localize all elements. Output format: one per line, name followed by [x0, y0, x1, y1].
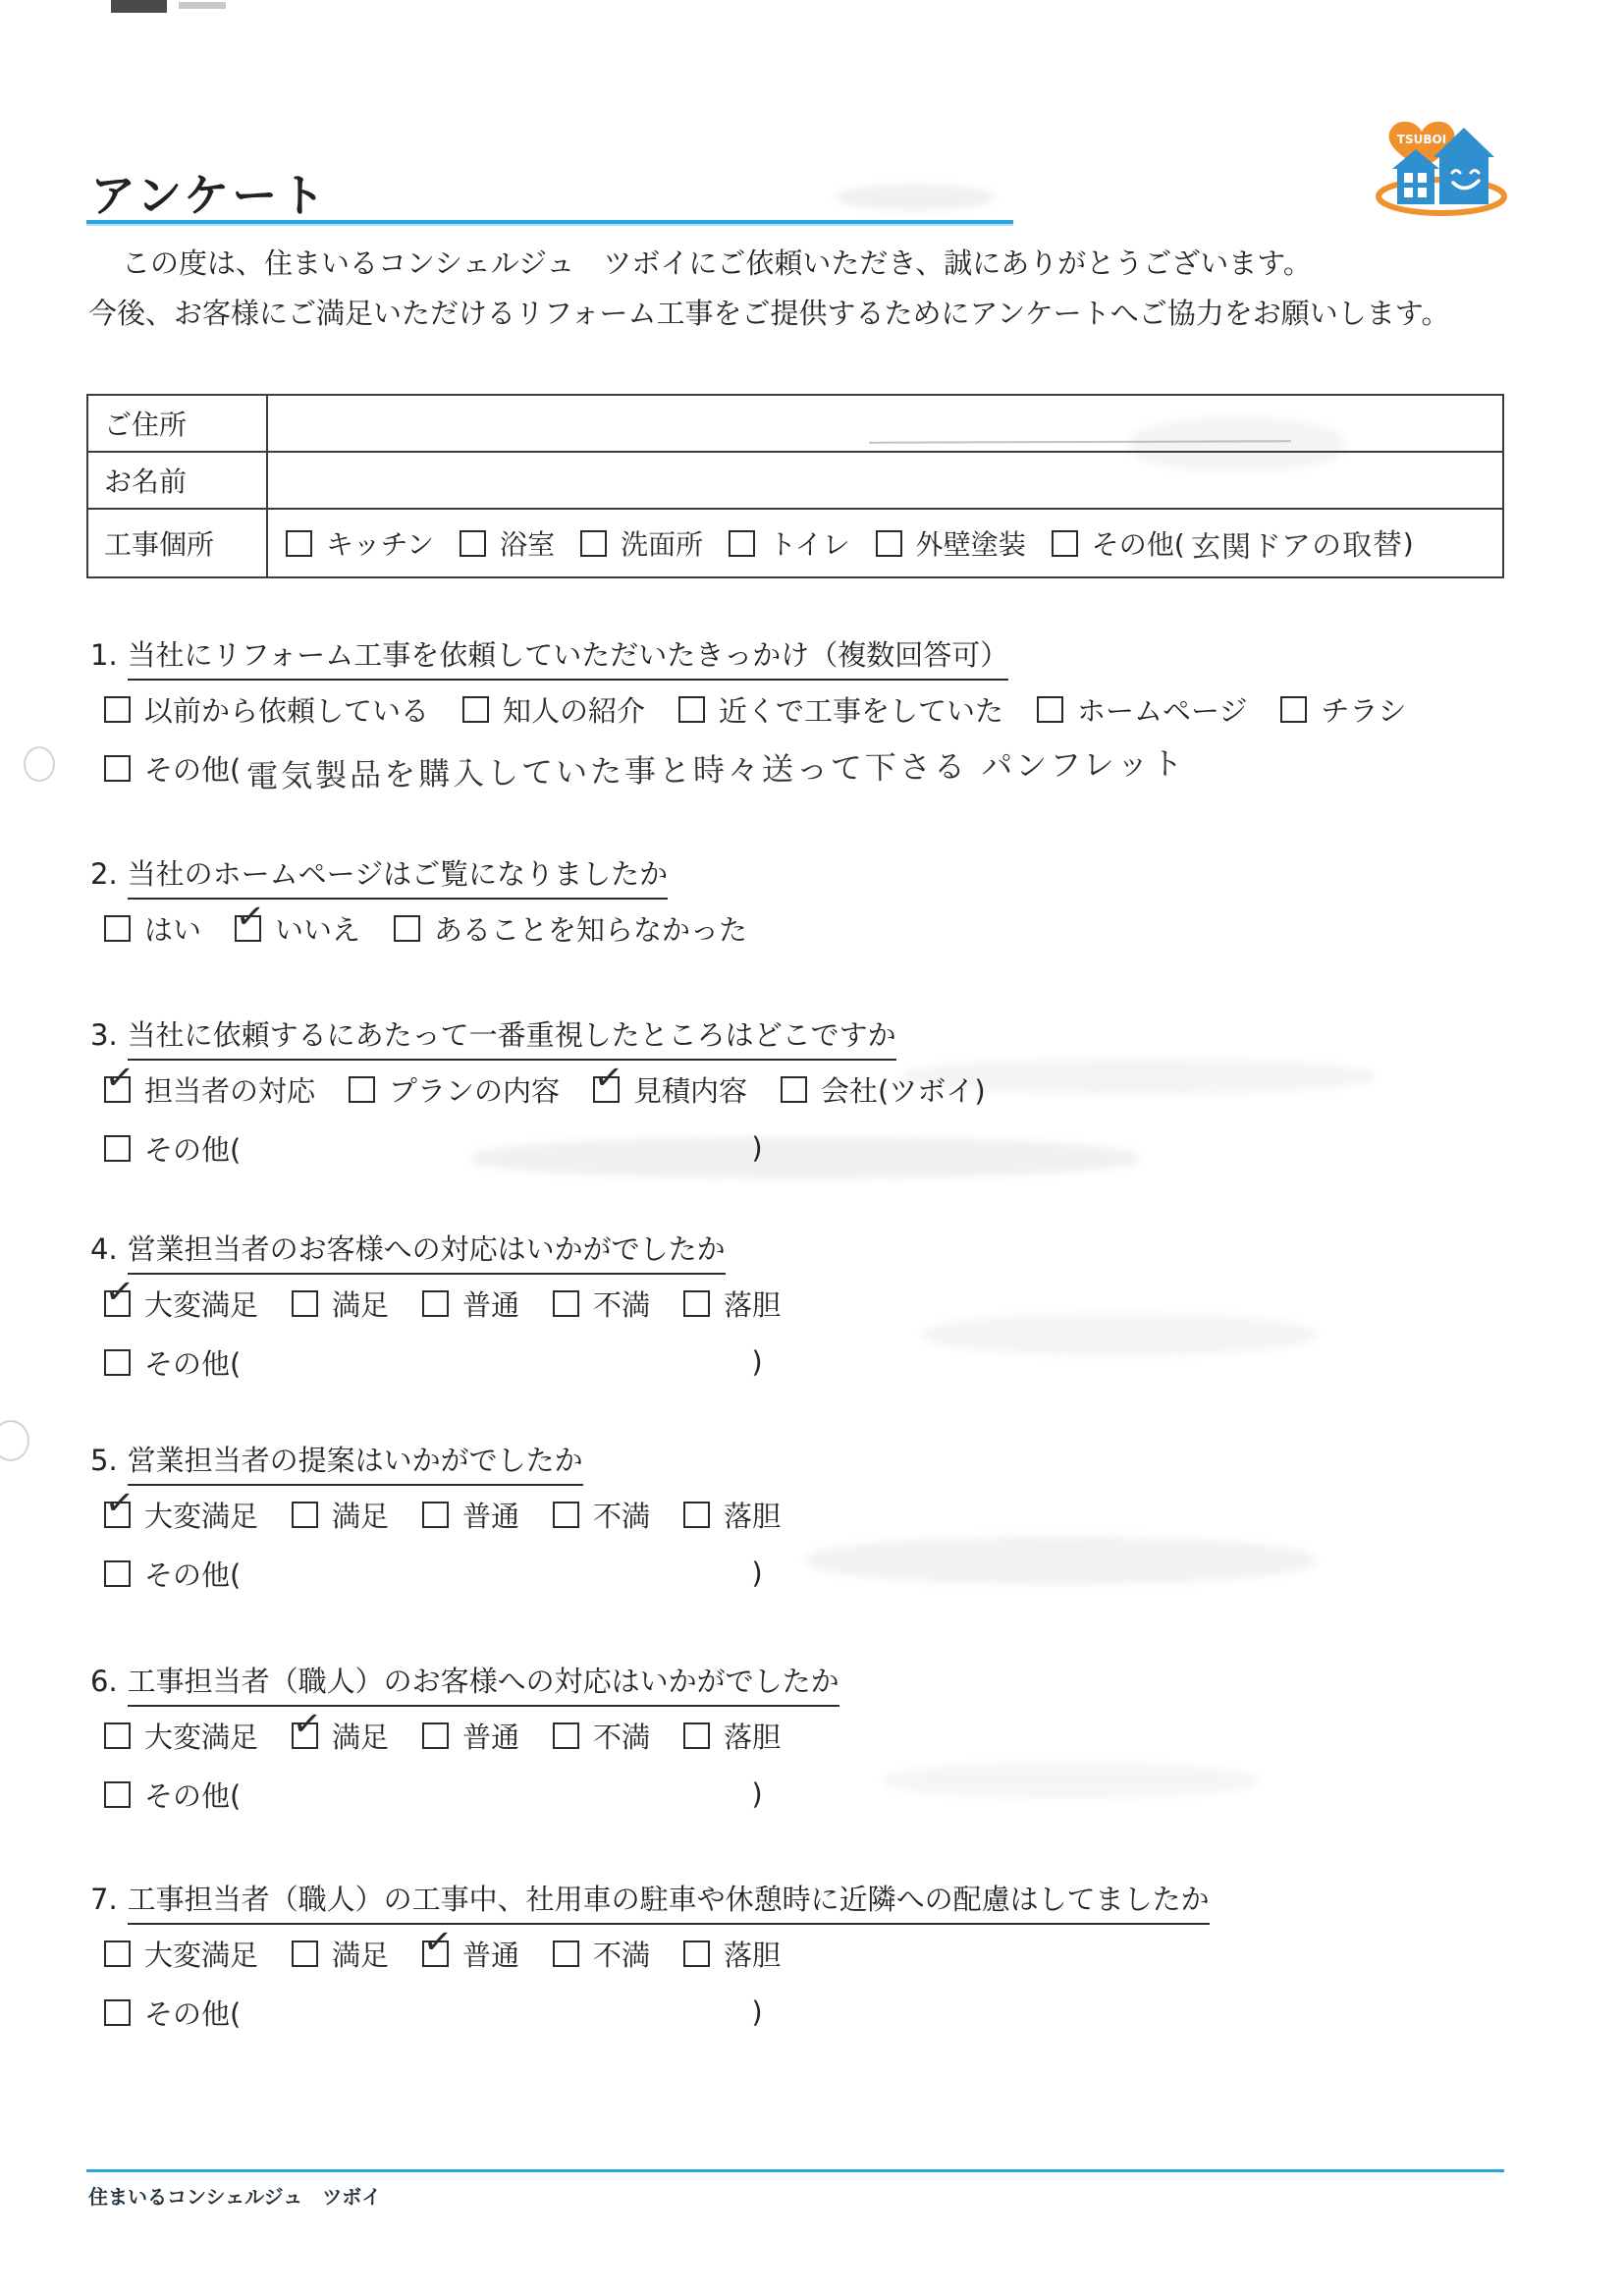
checkbox-label: 落胆: [724, 1716, 781, 1756]
checkbox-unchecked[interactable]: [683, 1722, 710, 1749]
checkbox-option[interactable]: ✓普通: [422, 1934, 519, 1974]
checkbox-label: ホームページ: [1077, 689, 1247, 730]
checkbox-unchecked[interactable]: [104, 1349, 131, 1376]
option-row: 大変満足満足✓普通不満落胆: [90, 1932, 1563, 1975]
checkbox-checked[interactable]: ✓: [104, 1502, 131, 1528]
checkbox-option[interactable]: その他(): [104, 1342, 763, 1383]
option-row: その他(): [90, 1340, 1563, 1384]
checkbox-checked[interactable]: ✓: [422, 1941, 449, 1967]
checkbox-unchecked[interactable]: [104, 1722, 131, 1749]
checkbox-checked[interactable]: ✓: [235, 915, 261, 942]
scan-artifact: [837, 185, 994, 210]
checkbox-label: その他(: [144, 1993, 241, 2033]
checkbox-label: 不満: [593, 1495, 650, 1535]
checkbox-unchecked[interactable]: [292, 1290, 318, 1317]
checkbox-label: 不満: [593, 1284, 650, 1324]
question-title: 2.当社のホームページはご覧になりましたか: [90, 852, 1563, 893]
option-row: ✓大変満足満足普通不満落胆: [90, 1493, 1563, 1536]
checkbox-option[interactable]: プランの内容: [349, 1069, 560, 1110]
checkbox-label: 近くで工事をしていた: [719, 689, 1003, 730]
question-title: 3.当社に依頼するにあたって一番重視したところはどこですか: [90, 1013, 1563, 1054]
checkbox-label: 普通: [462, 1716, 519, 1756]
checkbox-label: 以前から依頼している: [144, 689, 429, 730]
option-row: 大変満足✓満足普通不満落胆: [90, 1714, 1563, 1757]
question-number: 6.: [90, 1665, 118, 1698]
option-row: その他(): [90, 1552, 1563, 1595]
paren-close: ): [751, 1995, 762, 2029]
checkbox-unchecked[interactable]: [876, 530, 902, 557]
work-location-label: 工事個所: [87, 509, 267, 577]
checkbox-unchecked[interactable]: [286, 530, 312, 557]
checkbox-unchecked[interactable]: [553, 1290, 579, 1317]
scan-artifact: [0, 1420, 29, 1461]
checkbox-label: 普通: [462, 1284, 519, 1324]
question-2: 2.当社のホームページはご覧になりましたかはい✓いいえあることを知らなかった: [90, 852, 1563, 950]
intro-line-1: この度は、住まいるコンシェルジュ ツボイにご依頼いただき、誠にありがとうございま…: [122, 242, 1312, 282]
checkbox-option[interactable]: 満足: [292, 1934, 389, 1974]
checkbox-option[interactable]: 不満: [553, 1284, 650, 1324]
checkbox-checked[interactable]: ✓: [593, 1076, 620, 1103]
checkbox-label: 知人の紹介: [503, 689, 645, 730]
paren-close: ): [1403, 527, 1414, 560]
checkbox-option[interactable]: 満足: [292, 1284, 389, 1324]
checkbox-unchecked[interactable]: [580, 530, 607, 557]
checkbox-unchecked[interactable]: [394, 915, 420, 942]
checkbox-label: 大変満足: [144, 1716, 258, 1756]
checkbox-label: その他(: [144, 1342, 241, 1383]
checkbox-option[interactable]: 不満: [553, 1934, 650, 1974]
checkbox-option[interactable]: ✓見積内容: [593, 1069, 747, 1110]
checkbox-label: 外壁塗装: [916, 523, 1026, 563]
checkbox-unchecked[interactable]: [460, 530, 486, 557]
checkbox-unchecked[interactable]: [462, 696, 489, 723]
checkbox-label: はい: [144, 908, 201, 949]
checkbox-option[interactable]: 落胆: [683, 1716, 781, 1756]
title-underline: [86, 220, 1013, 224]
checkbox-option[interactable]: 浴室: [460, 523, 555, 563]
question-3: 3.当社に依頼するにあたって一番重視したところはどこですか✓担当者の対応プランの…: [90, 1013, 1563, 1170]
check-mark-icon: ✓: [291, 1706, 323, 1743]
option-row: その他(): [90, 1773, 1563, 1816]
checkbox-label: 不満: [593, 1934, 650, 1974]
checkbox-option[interactable]: 満足: [292, 1495, 389, 1535]
checkbox-option[interactable]: はい: [104, 908, 201, 949]
check-mark-icon: ✓: [103, 1274, 135, 1311]
checkbox-option[interactable]: あることを知らなかった: [394, 908, 747, 949]
paren-close: ): [751, 1345, 762, 1379]
question-text: 当社にリフォーム工事を依頼していただいたきっかけ（複数回答可）: [128, 638, 1009, 681]
checkbox-label: 不満: [593, 1716, 650, 1756]
address-label: ご住所: [87, 395, 267, 452]
checkbox-label: 浴室: [500, 523, 555, 563]
checkbox-label: あることを知らなかった: [434, 908, 747, 949]
option-row: その他(): [90, 1991, 1563, 2034]
customer-info-table: ご住所 お名前 工事個所 キッチン浴室洗面所トイレ外壁塗装その他(玄関ドアの取替…: [86, 394, 1504, 578]
address-row: ご住所: [87, 395, 1503, 452]
checkbox-option[interactable]: 知人の紹介: [462, 689, 645, 730]
checkbox-unchecked[interactable]: [422, 1722, 449, 1749]
checkbox-label: その他(: [1092, 523, 1185, 563]
question-number: 1.: [90, 638, 118, 672]
checkbox-unchecked[interactable]: [292, 1941, 318, 1967]
checkbox-unchecked[interactable]: [292, 1502, 318, 1528]
question-title: 6.工事担当者（職人）のお客様への対応はいかがでしたか: [90, 1660, 1563, 1700]
footer-rule: [86, 2169, 1504, 2172]
checkbox-option[interactable]: その他(): [104, 1993, 763, 2033]
question-4: 4.営業担当者のお客様への対応はいかがでしたか✓大変満足満足普通不満落胆その他(…: [90, 1228, 1563, 1384]
check-mark-icon: ✓: [592, 1060, 624, 1097]
checkbox-option[interactable]: ✓いいえ: [235, 908, 360, 949]
checkbox-option[interactable]: ✓大変満足: [104, 1495, 258, 1535]
check-mark-icon: ✓: [103, 1485, 135, 1522]
checkbox-option[interactable]: その他(): [104, 1554, 763, 1594]
checkbox-unchecked[interactable]: [104, 1941, 131, 1967]
checkbox-option[interactable]: その他(): [104, 1775, 763, 1815]
name-value-field[interactable]: [267, 452, 1503, 509]
checkbox-unchecked[interactable]: [104, 1560, 131, 1587]
checkbox-label: 落胆: [724, 1934, 781, 1974]
checkbox-option[interactable]: 洗面所: [580, 523, 703, 563]
checkbox-option[interactable]: ✓担当者の対応: [104, 1069, 315, 1110]
checkbox-unchecked[interactable]: [683, 1502, 710, 1528]
checkbox-unchecked[interactable]: [349, 1076, 375, 1103]
check-mark-icon: ✓: [234, 899, 266, 936]
checkbox-option[interactable]: チラシ: [1280, 689, 1406, 730]
checkbox-unchecked[interactable]: [1037, 696, 1063, 723]
checkbox-label: 大変満足: [144, 1495, 258, 1535]
work-location-row: 工事個所 キッチン浴室洗面所トイレ外壁塗装その他(玄関ドアの取替): [87, 509, 1503, 577]
option-row: その他(): [90, 1126, 1563, 1170]
checkbox-label: 見積内容: [633, 1069, 747, 1110]
question-number: 2.: [90, 857, 118, 891]
checkbox-unchecked[interactable]: [683, 1290, 710, 1317]
question-text: 当社のホームページはご覧になりましたか: [128, 857, 668, 900]
footer-company-name: 住まいるコンシェルジュ ツボイ: [88, 2181, 381, 2210]
question-text: 当社に依頼するにあたって一番重視したところはどこですか: [128, 1018, 896, 1061]
question-text: 営業担当者の提案はいかがでしたか: [128, 1444, 583, 1486]
checkbox-unchecked[interactable]: [678, 696, 705, 723]
checkbox-option[interactable]: 不満: [553, 1495, 650, 1535]
checkbox-unchecked[interactable]: [729, 530, 755, 557]
handwritten-answer: 玄関ドアの取替: [1190, 519, 1403, 566]
checkbox-label: 大変満足: [144, 1284, 258, 1324]
option-row: ✓大変満足満足普通不満落胆: [90, 1282, 1563, 1325]
option-row: ✓担当者の対応プランの内容✓見積内容会社(ツボイ): [90, 1067, 1563, 1111]
checkbox-option[interactable]: 普通: [422, 1495, 519, 1535]
checkbox-label: 満足: [332, 1934, 389, 1974]
handwritten-answer: 電気製品を購入していた事と時々送って下さる パンフレット: [246, 738, 1186, 796]
checkbox-option[interactable]: その他(電気製品を購入していた事と時々送って下さる パンフレット: [104, 745, 1186, 791]
checkbox-label: 大変満足: [144, 1934, 258, 1974]
checkbox-unchecked[interactable]: [553, 1722, 579, 1749]
checkbox-option[interactable]: 会社(ツボイ): [781, 1069, 986, 1110]
checkbox-label: 満足: [332, 1716, 389, 1756]
intro-line-2: 今後、お客様にご満足いただけるリフォーム工事をご提供するためにアンケートへご協力…: [88, 292, 1450, 332]
checkbox-option[interactable]: その他(): [104, 1128, 763, 1169]
option-row: その他(電気製品を購入していた事と時々送って下さる パンフレット: [90, 746, 1563, 790]
questionnaire-page: アンケート TSUBOI この度は、住まいるコンシェルジュ ツボイにご依頼いただ…: [0, 0, 1623, 2296]
checkbox-option[interactable]: 近くで工事をしていた: [678, 689, 1003, 730]
checkbox-label: 落胆: [724, 1495, 781, 1535]
checkbox-label: トイレ: [769, 523, 850, 563]
question-6: 6.工事担当者（職人）のお客様への対応はいかがでしたか大変満足✓満足普通不満落胆…: [90, 1660, 1563, 1816]
question-number: 3.: [90, 1018, 118, 1052]
checkbox-label: 満足: [332, 1284, 389, 1324]
checkbox-unchecked[interactable]: [553, 1941, 579, 1967]
checkbox-unchecked[interactable]: [104, 755, 131, 782]
checkbox-option[interactable]: 落胆: [683, 1284, 781, 1324]
checkbox-label: 普通: [462, 1495, 519, 1535]
option-row: はい✓いいえあることを知らなかった: [90, 906, 1563, 950]
checkbox-option[interactable]: 普通: [422, 1716, 519, 1756]
checkbox-option[interactable]: 落胆: [683, 1934, 781, 1974]
question-7: 7.工事担当者（職人）の工事中、社用車の駐車や休憩時に近隣への配慮はしてましたか…: [90, 1878, 1563, 2034]
checkbox-label: 普通: [462, 1934, 519, 1974]
checkbox-option[interactable]: 不満: [553, 1716, 650, 1756]
checkbox-option[interactable]: 大変満足: [104, 1934, 258, 1974]
checkbox-label: 洗面所: [621, 523, 703, 563]
checkbox-unchecked[interactable]: [1280, 696, 1307, 723]
checkbox-unchecked[interactable]: [104, 1999, 131, 2026]
checkbox-option[interactable]: ✓大変満足: [104, 1284, 258, 1324]
work-location-options: キッチン浴室洗面所トイレ外壁塗装その他(玄関ドアの取替): [267, 509, 1503, 577]
logo-text: TSUBOI: [1397, 133, 1446, 146]
checkbox-option[interactable]: トイレ: [729, 523, 850, 563]
question-text: 工事担当者（職人）のお客様への対応はいかがでしたか: [128, 1665, 839, 1707]
question-title: 1.当社にリフォーム工事を依頼していただいたきっかけ（複数回答可）: [90, 633, 1563, 674]
checkbox-unchecked[interactable]: [1052, 530, 1078, 557]
checkbox-option[interactable]: 以前から依頼している: [104, 689, 429, 730]
address-value-field[interactable]: [267, 395, 1503, 452]
question-number: 7.: [90, 1883, 118, 1916]
checkbox-option[interactable]: 普通: [422, 1284, 519, 1324]
paren-close: ): [751, 1777, 762, 1811]
name-row: お名前: [87, 452, 1503, 509]
checkbox-label: 担当者の対応: [144, 1069, 315, 1110]
checkbox-label: 満足: [332, 1495, 389, 1535]
scan-artifact: [24, 746, 55, 782]
checkbox-label: その他(: [144, 1554, 241, 1594]
checkbox-unchecked[interactable]: [104, 915, 131, 942]
question-title: 4.営業担当者のお客様への対応はいかがでしたか: [90, 1228, 1563, 1268]
checkbox-option[interactable]: キッチン: [286, 523, 434, 563]
name-label: お名前: [87, 452, 267, 509]
checkbox-checked[interactable]: ✓: [104, 1076, 131, 1103]
checkbox-label: 落胆: [724, 1284, 781, 1324]
checkbox-option[interactable]: ホームページ: [1037, 689, 1247, 730]
checkbox-unchecked[interactable]: [104, 696, 131, 723]
checkbox-label: プランの内容: [389, 1069, 560, 1110]
checkbox-label: いいえ: [275, 908, 360, 949]
checkbox-label: チラシ: [1321, 689, 1406, 730]
question-number: 5.: [90, 1444, 118, 1477]
check-mark-icon: ✓: [103, 1060, 135, 1097]
checkbox-option[interactable]: 外壁塗装: [876, 523, 1026, 563]
question-5: 5.営業担当者の提案はいかがでしたか✓大変満足満足普通不満落胆その他(): [90, 1439, 1563, 1595]
question-text: 工事担当者（職人）の工事中、社用車の駐車や休憩時に近隣への配慮はしてましたか: [128, 1883, 1210, 1925]
checkbox-unchecked[interactable]: [553, 1502, 579, 1528]
option-row: 以前から依頼している知人の紹介近くで工事をしていたホームページチラシ: [90, 687, 1563, 731]
checkbox-option[interactable]: 落胆: [683, 1495, 781, 1535]
check-mark-icon: ✓: [421, 1924, 454, 1961]
question-number: 4.: [90, 1232, 118, 1266]
question-title: 5.営業担当者の提案はいかがでしたか: [90, 1439, 1563, 1479]
checkbox-checked[interactable]: ✓: [104, 1290, 131, 1317]
question-1: 1.当社にリフォーム工事を依頼していただいたきっかけ（複数回答可）以前から依頼し…: [90, 633, 1563, 790]
checkbox-label: 会社(ツボイ): [821, 1069, 986, 1110]
checkbox-unchecked[interactable]: [104, 1135, 131, 1162]
checkbox-label: キッチン: [326, 523, 434, 563]
page-title: アンケート: [90, 160, 328, 225]
paren-close: ): [751, 1131, 762, 1165]
checkbox-label: その他(: [144, 748, 241, 789]
checkbox-unchecked[interactable]: [683, 1941, 710, 1967]
question-text: 営業担当者のお客様への対応はいかがでしたか: [128, 1232, 726, 1275]
checkbox-option[interactable]: 大変満足: [104, 1716, 258, 1756]
checkbox-unchecked[interactable]: [422, 1290, 449, 1317]
paren-close: ): [751, 1557, 762, 1590]
checkbox-unchecked[interactable]: [422, 1502, 449, 1528]
scan-artifact: [179, 2, 226, 9]
checkbox-option[interactable]: その他(玄関ドアの取替): [1052, 521, 1414, 565]
checkbox-label: その他(: [144, 1128, 241, 1169]
checkbox-checked[interactable]: ✓: [292, 1722, 318, 1749]
checkbox-label: その他(: [144, 1775, 241, 1815]
checkbox-unchecked[interactable]: [104, 1781, 131, 1808]
checkbox-unchecked[interactable]: [781, 1076, 807, 1103]
tsuboi-logo-icon: TSUBOI: [1361, 108, 1518, 220]
question-title: 7.工事担当者（職人）の工事中、社用車の駐車や休憩時に近隣への配慮はしてましたか: [90, 1878, 1563, 1918]
option-row: キッチン浴室洗面所トイレ外壁塗装その他(玄関ドアの取替): [286, 521, 1502, 565]
scan-artifact: [111, 0, 167, 13]
checkbox-option[interactable]: ✓満足: [292, 1716, 389, 1756]
